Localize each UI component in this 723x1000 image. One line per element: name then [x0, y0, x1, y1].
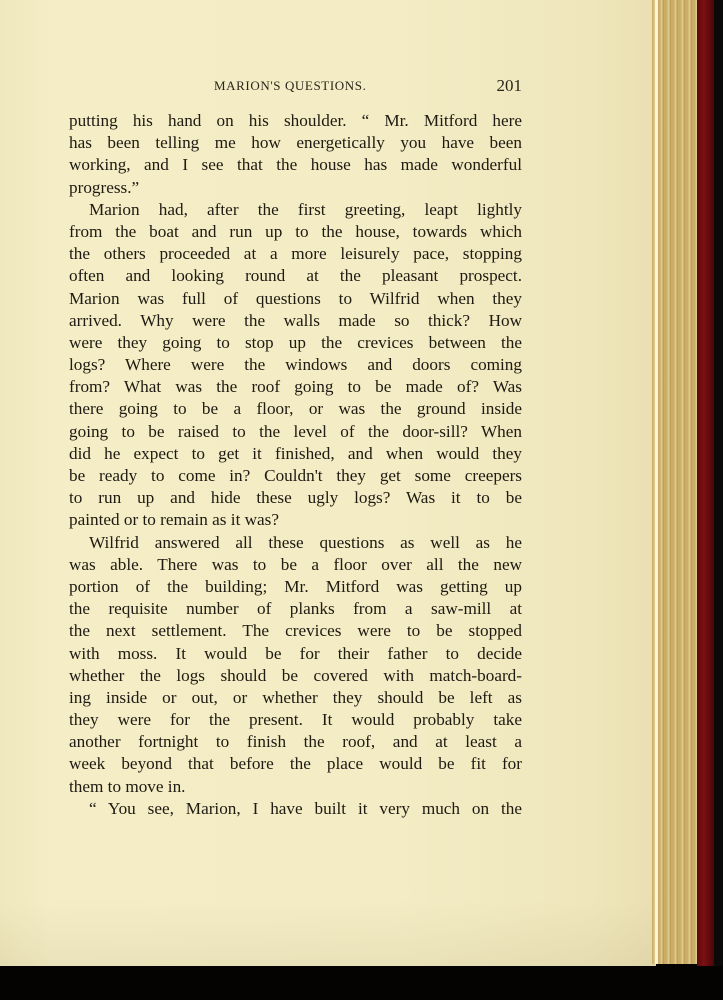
- background-right: [714, 0, 723, 1000]
- text-line: putting his hand on his shoulder. “ Mr. …: [69, 110, 522, 132]
- text-line: from the boat and run up to the house, t…: [69, 221, 522, 243]
- book-scan: MARION'S QUESTIONS. 201 putting his hand…: [0, 0, 723, 1000]
- text-line: the next settlement. The crevices were t…: [69, 620, 522, 642]
- text-line: whether the logs should be covered with …: [69, 665, 522, 687]
- page-bottom-shadow: [0, 900, 656, 966]
- text-line: ing inside or out, or whether they shoul…: [69, 687, 522, 709]
- text-line: the requisite number of planks from a sa…: [69, 598, 522, 620]
- text-line: Wilfrid answered all these questions as …: [69, 532, 522, 554]
- text-line: from? What was the roof going to be made…: [69, 376, 522, 398]
- text-line: the others proceeded at a more leisurely…: [69, 243, 522, 265]
- text-line: “ You see, Marion, I have built it very …: [69, 798, 522, 820]
- running-title: MARION'S QUESTIONS.: [214, 78, 366, 94]
- background-bottom: [0, 966, 723, 1000]
- text-line: they were for the present. It would prob…: [69, 709, 522, 731]
- text-line: painted or to remain as it was?: [69, 509, 522, 531]
- text-line: logs? Where were the windows and doors c…: [69, 354, 522, 376]
- text-line: them to move in.: [69, 776, 522, 798]
- paragraph-4: “ You see, Marion, I have built it very …: [69, 798, 522, 820]
- text-line: to run up and hide these ugly logs? Was …: [69, 487, 522, 509]
- paragraph-2: Marion had, after the first greeting, le…: [69, 199, 522, 532]
- text-line: another fortnight to finish the roof, an…: [69, 731, 522, 753]
- text-line: portion of the building; Mr. Mitford was…: [69, 576, 522, 598]
- text-line: there going to be a floor, or was the gr…: [69, 398, 522, 420]
- text-line: Marion had, after the first greeting, le…: [69, 199, 522, 221]
- text-line: did he expect to get it finished, and wh…: [69, 443, 522, 465]
- text-line: week beyond that before the place would …: [69, 753, 522, 775]
- text-line: going to be raised to the level of the d…: [69, 421, 522, 443]
- text-line: Marion was full of questions to Wilfrid …: [69, 288, 522, 310]
- running-head: MARION'S QUESTIONS. 201: [68, 76, 522, 98]
- paragraph-1: putting his hand on his shoulder. “ Mr. …: [69, 110, 522, 199]
- book-page: MARION'S QUESTIONS. 201 putting his hand…: [0, 0, 656, 966]
- paragraph-3: Wilfrid answered all these questions as …: [69, 532, 522, 798]
- book-cover-edge: [697, 0, 714, 968]
- text-line: working, and I see that the house has ma…: [69, 154, 522, 176]
- text-line: has been telling me how energetically yo…: [69, 132, 522, 154]
- body-text: putting his hand on his shoulder. “ Mr. …: [69, 110, 522, 820]
- text-line: be ready to come in? Couldn't they get s…: [69, 465, 522, 487]
- text-line: often and looking round at the pleasant …: [69, 265, 522, 287]
- text-line: progress.”: [69, 177, 522, 199]
- page-number: 201: [497, 76, 523, 96]
- text-line: arrived. Why were the walls made so thic…: [69, 310, 522, 332]
- page-edges: [652, 0, 697, 964]
- text-line: with moss. It would be for their father …: [69, 643, 522, 665]
- text-line: were they going to stop up the crevices …: [69, 332, 522, 354]
- text-line: was able. There was to be a floor over a…: [69, 554, 522, 576]
